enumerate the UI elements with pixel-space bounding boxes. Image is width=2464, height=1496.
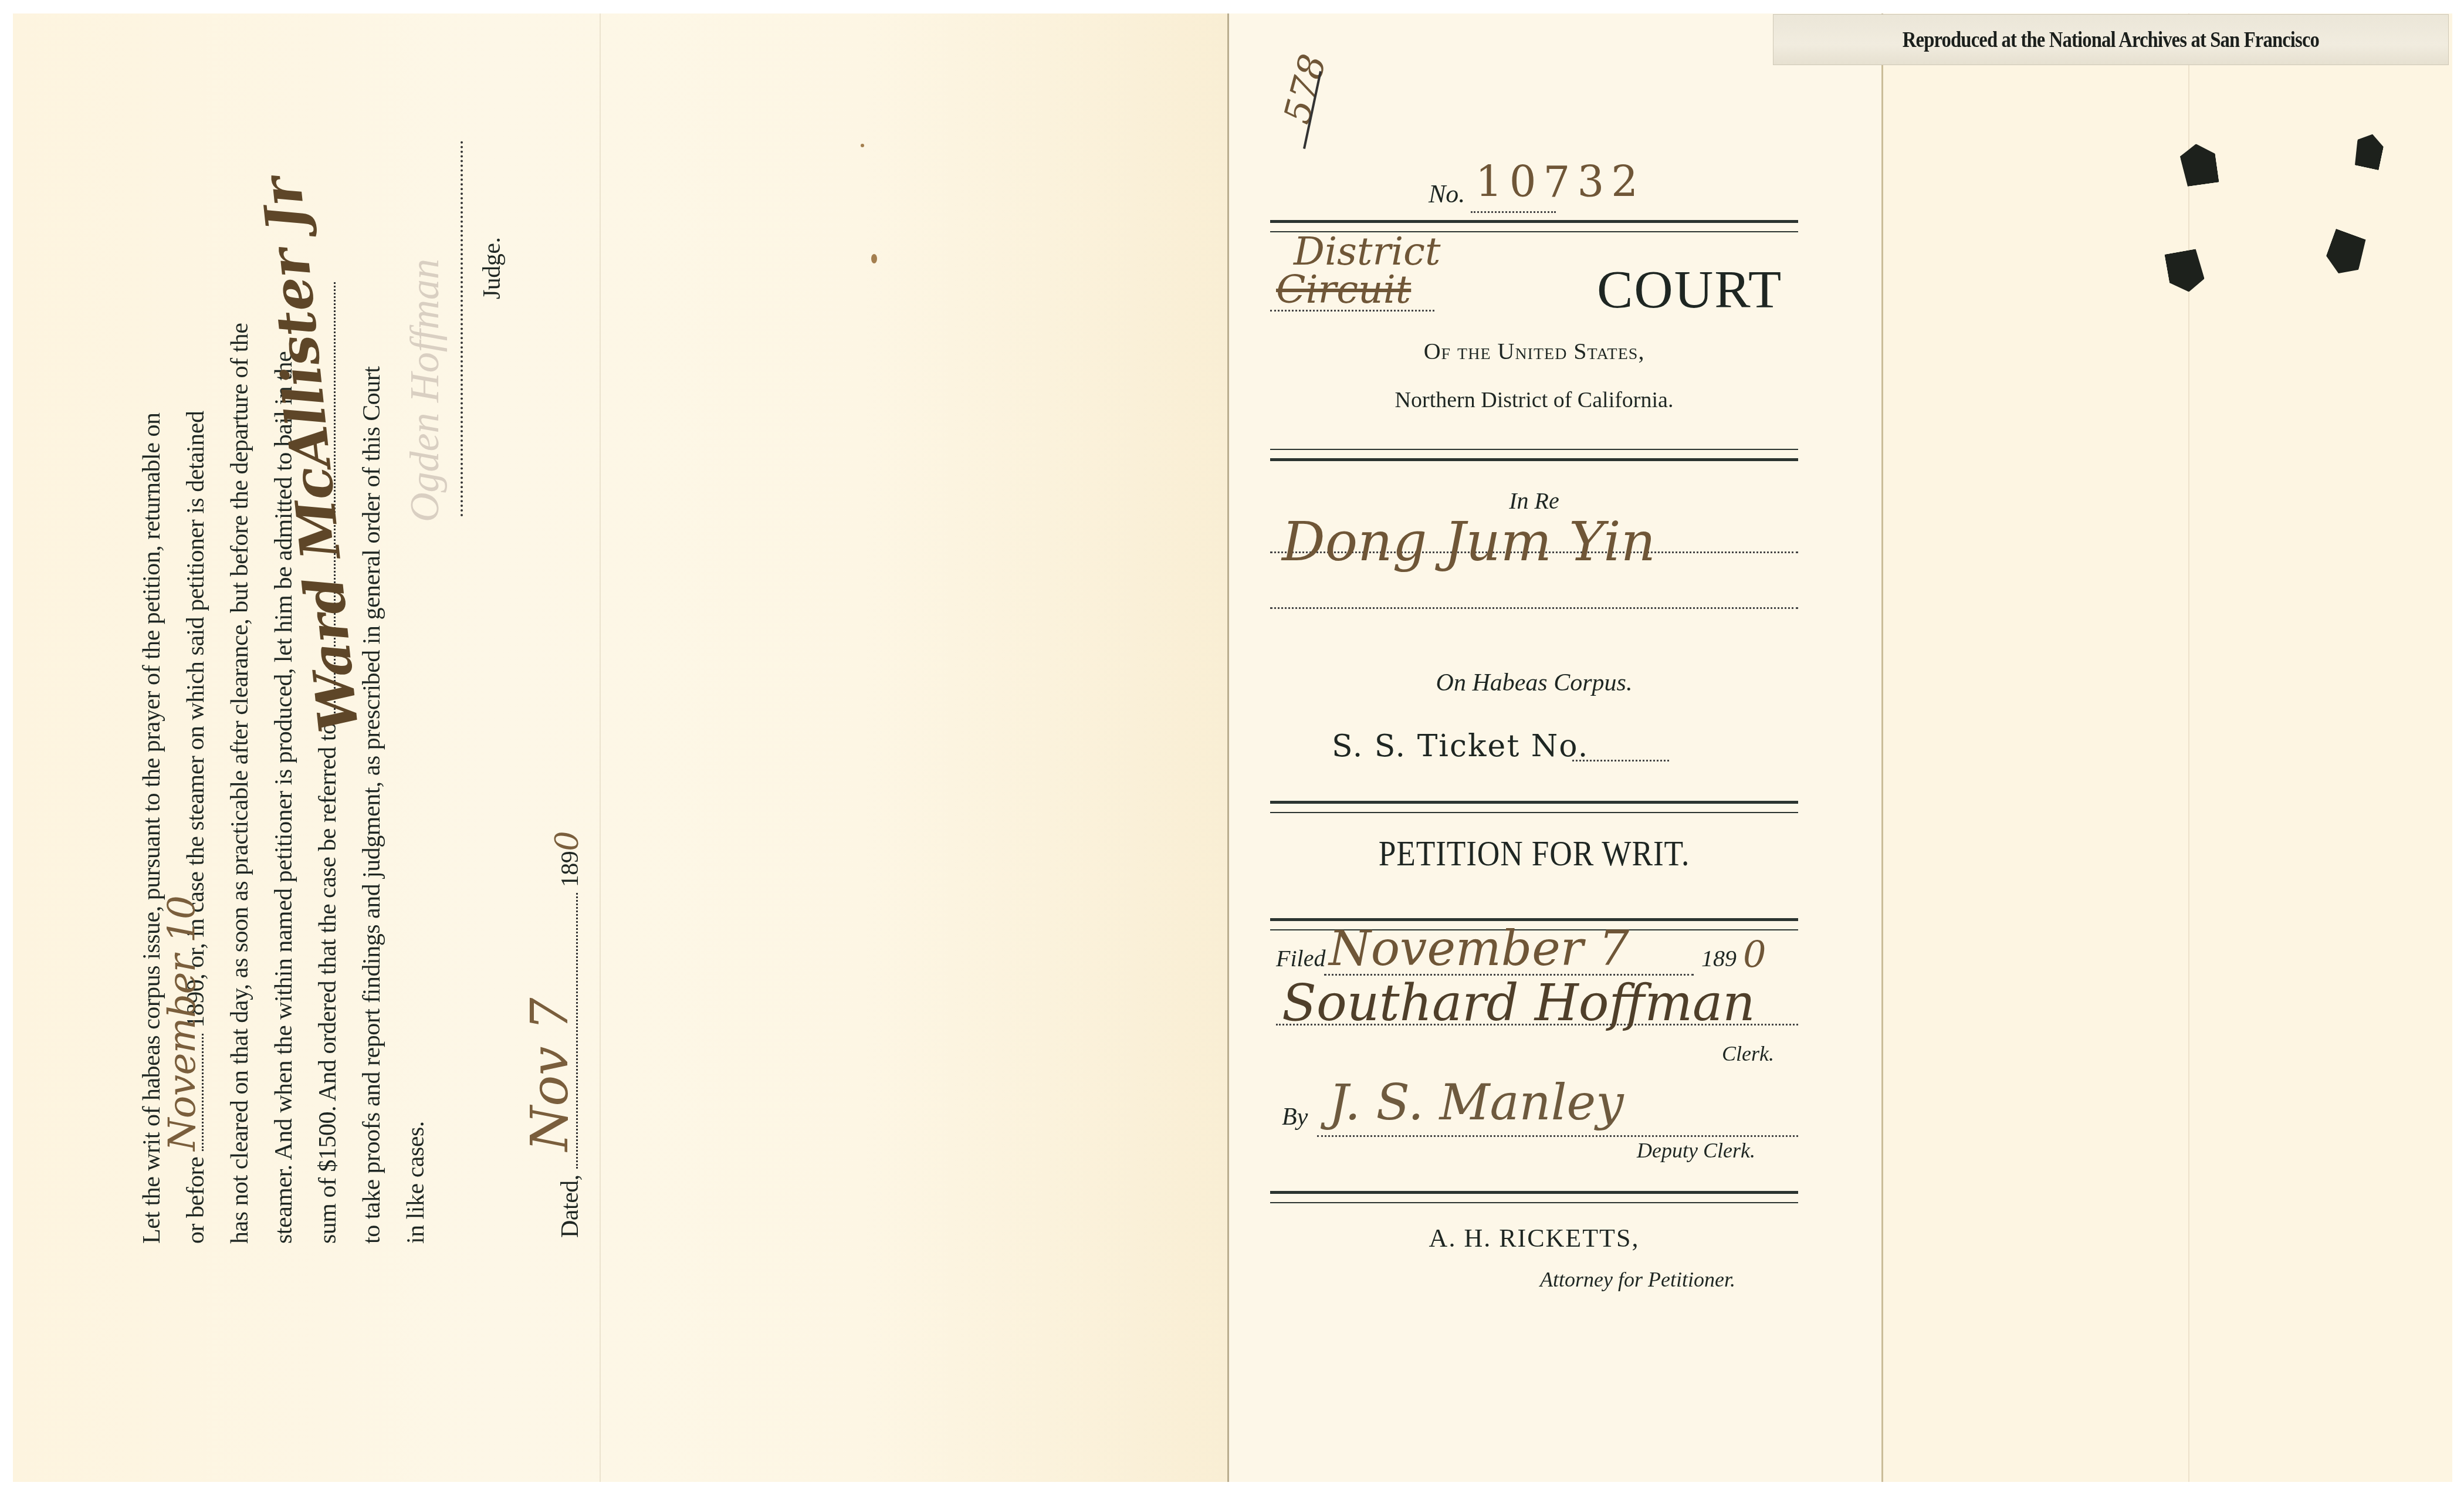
archive-label-text: Reproduced at the National Archives at S…	[1903, 27, 2319, 53]
court-type-struck: Circuit	[1276, 267, 1411, 312]
referee-field: Ward McAllister Jr	[333, 282, 336, 716]
filed-year-prefix: 189	[1701, 945, 1737, 972]
judge-signature: Ogden Hoffman	[402, 259, 449, 522]
archive-label: Reproduced at the National Archives at S…	[1773, 14, 2449, 65]
ink-stain	[861, 144, 864, 147]
deputy-line	[1317, 1135, 1798, 1137]
court-label: COURT	[1597, 258, 1782, 320]
number-line	[1471, 211, 1556, 213]
clerk-label: Clerk.	[1722, 1041, 1774, 1066]
on-habeas-corpus: On Habeas Corpus.	[1270, 669, 1798, 697]
filed-label: Filed	[1276, 945, 1325, 972]
number-label: No.	[1429, 179, 1465, 209]
judge-signature-line	[461, 141, 463, 516]
return-date-field: November 10	[201, 1034, 204, 1151]
ticket-number-line	[1572, 760, 1669, 761]
back-panel	[1881, 13, 2452, 1482]
filed-date: November 7	[1329, 921, 1629, 977]
by-label: By	[1282, 1103, 1308, 1131]
dated-field: Nov 7	[576, 893, 578, 1169]
petitioner-name: Dong Jum Yin	[1282, 510, 1656, 573]
clerk-signature: Southard Hoffman	[1282, 974, 1755, 1033]
of-the-united-states: Of the United States,	[1270, 337, 1798, 365]
dated-row: Dated, Nov 7 1890	[549, 831, 585, 1238]
attorney-role: Attorney for Petitioner.	[1540, 1267, 1735, 1292]
petitioner-line-2	[1270, 607, 1798, 609]
case-number: 10732	[1475, 157, 1645, 207]
petition-title: PETITION FOR WRIT.	[1307, 833, 1761, 875]
order-text-block: Let the writ of habeas corpus issue, pur…	[126, 129, 654, 1244]
filed-year: 0	[1743, 933, 1766, 976]
order-line-7: in like cases.	[402, 1121, 430, 1244]
divider-rule	[1270, 1191, 1798, 1203]
deputy-signature: J. S. Manley	[1329, 1074, 1624, 1131]
order-line-5: sum of $1500. And ordered that the case …	[314, 282, 342, 1244]
attorney-name: A. H. RICKETTS,	[1270, 1223, 1798, 1253]
order-line-2: or before November 10 1890, or, in case …	[182, 411, 210, 1244]
deputy-label: Deputy Clerk.	[1637, 1138, 1755, 1163]
ink-stain	[871, 254, 877, 263]
district-name: Northern District of California.	[1270, 387, 1798, 413]
judge-label: Judge.	[478, 238, 506, 300]
divider-rule	[1270, 449, 1798, 461]
fold-crease	[2188, 13, 2189, 1482]
court-type-line	[1270, 310, 1434, 312]
ticket-label: S. S. Ticket No.	[1332, 729, 1589, 764]
order-line-6: to take proofs and report findings and j…	[358, 367, 386, 1244]
divider-rule	[1270, 801, 1798, 813]
order-line-3: has not cleared on that day, as soon as …	[226, 323, 254, 1244]
